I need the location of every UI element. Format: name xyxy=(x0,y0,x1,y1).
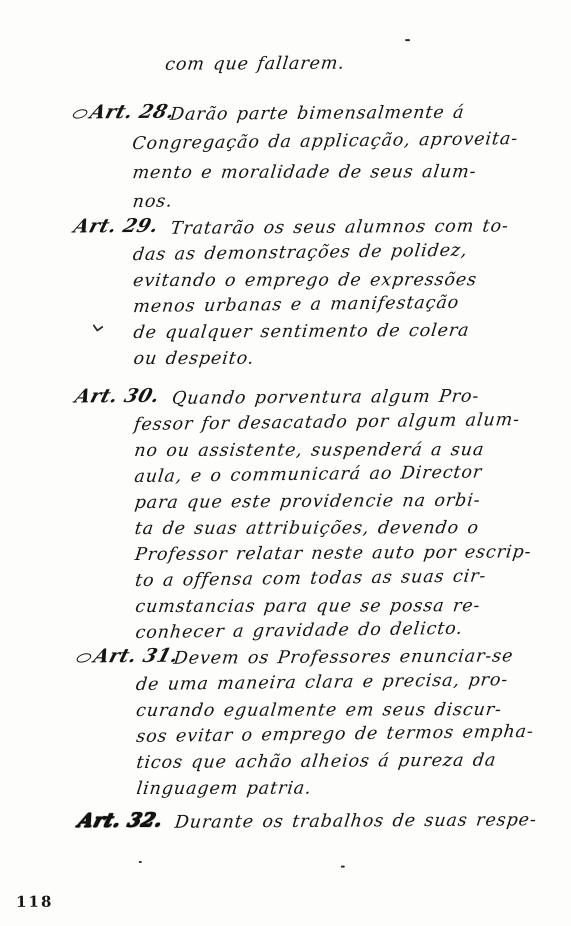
ink-speck xyxy=(92,321,103,332)
manuscript-line: Congregação da applicação, aproveita- xyxy=(130,129,533,163)
article-body: Devem os Professores enunciar-se de uma … xyxy=(135,646,536,805)
article-paragraph: Art. 28. Darão parte bimensalmente á Con… xyxy=(131,102,532,221)
ink-speck xyxy=(139,861,142,863)
ink-speck xyxy=(405,39,410,41)
article-body: Durante os trabalhos de suas respe- xyxy=(136,810,536,839)
manuscript-line: to a offensa com todas as suas cir- xyxy=(133,566,536,597)
manuscript-line: conhecer a gravidade do delicto. xyxy=(134,618,537,649)
manuscript-line: Durante os trabalhos de suas respe- xyxy=(135,810,538,839)
article-body: Quando porventura algum Pro- fessor for … xyxy=(133,386,535,649)
article-paragraph: Art. 32. Durante os trabalhos de suas re… xyxy=(136,810,536,839)
article-paragraph: Art. 29. Tratarão os seus alumnos com to… xyxy=(132,216,533,375)
manuscript-line: das as demonstrações de polidez, xyxy=(131,240,534,271)
manuscript-line: ta de suas attribuições, devendo o xyxy=(133,518,536,545)
manuscript-line: aula, e o communicará ao Director xyxy=(133,462,536,493)
article-body: Darão parte bimensalmente á Congregação … xyxy=(131,102,532,221)
manuscript-line: para que este providencie na orbi- xyxy=(133,490,536,519)
article-paragraph: Art. 31. Devem os Professores enunciar-s… xyxy=(135,646,536,805)
manuscript-line: menos urbanas e a manifestação xyxy=(132,292,535,323)
manuscript-line: sos evitar o emprego de termos empha- xyxy=(135,722,538,753)
manuscript-line: ticos que achão alheios á pureza da xyxy=(135,750,538,779)
manuscript-line: fessor for desacatado por algum alum- xyxy=(132,410,535,441)
continuation-line: com que fallarem. xyxy=(164,54,346,75)
article-body: Tratarão os seus alumnos com to- das as … xyxy=(132,216,533,375)
page-number: 118 xyxy=(16,893,53,911)
manuscript: com que fallarem. Art. 28. Darão parte b… xyxy=(0,0,571,926)
manuscript-line: de qualquer sentimento de colera xyxy=(132,320,535,349)
manuscript-line: linguagem patria. xyxy=(135,778,538,805)
document-page: com que fallarem. Art. 28. Darão parte b… xyxy=(0,0,571,926)
manuscript-line: ou despeito. xyxy=(132,348,535,375)
ink-speck xyxy=(341,866,345,868)
manuscript-line: de uma maneira clara e precisa, pro- xyxy=(134,670,537,701)
article-paragraph: Art. 30. Quando porventura algum Pro- fe… xyxy=(133,386,535,649)
